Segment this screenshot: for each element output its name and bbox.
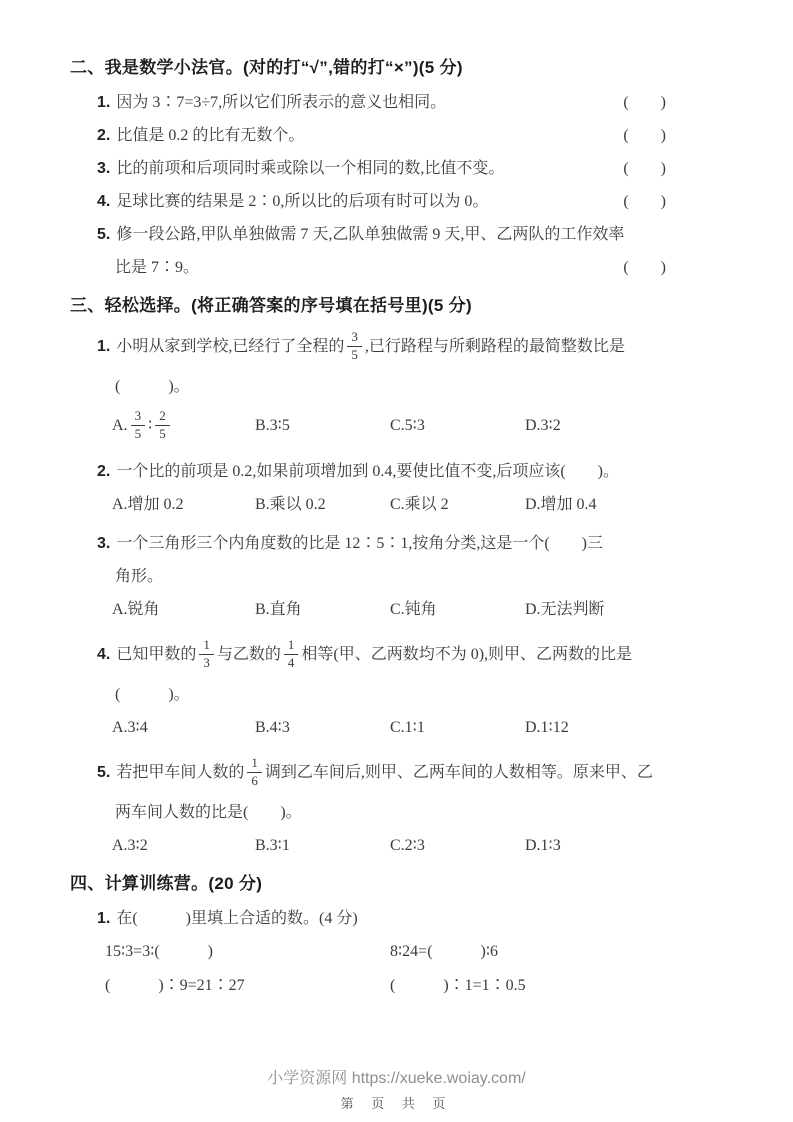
- tf-question-3: 3.比的前项和后项同时乘或除以一个相同的数,比值不变。 ( ): [70, 152, 692, 185]
- footer-site-url: 小学资源网 https://xueke.woiay.com/: [0, 1068, 793, 1090]
- option-d: D.无法判断: [525, 593, 692, 626]
- option-d: D.1∶3: [525, 829, 692, 862]
- worksheet-content: 二、我是数学小法官。(对的打“√”,错的打“×”)(5 分) 1.因为 3∶7=…: [70, 54, 692, 1011]
- option-a: A.3∶2: [112, 829, 255, 862]
- fraction-denominator: 5: [155, 426, 170, 442]
- question-text: 在( )里填上合适的数。(4 分): [116, 910, 357, 927]
- question-text: ,已行路程与所剩路程的最简整数比是: [365, 338, 625, 355]
- answer-bracket: ( ): [623, 86, 692, 119]
- fraction: 25: [155, 409, 170, 442]
- page-footer: 小学资源网 https://xueke.woiay.com/ 第 页 共 页: [0, 1068, 793, 1112]
- fraction-denominator: 5: [131, 426, 146, 442]
- option-b: B.3∶5: [255, 403, 390, 449]
- equation-3: ( )∶9=21∶27: [105, 969, 390, 1003]
- fraction: 14: [284, 638, 299, 671]
- fraction-numerator: 3: [347, 330, 362, 347]
- mc-question-4-answer-bracket: ( )。: [70, 678, 692, 711]
- tf-question-5-line2: 比是 7∶9。 ( ): [70, 251, 692, 284]
- question-text: 因为 3∶7=3÷7,所以它们所表示的意义也相同。: [116, 94, 446, 111]
- question-text: 比值是 0.2 的比有无数个。: [116, 127, 304, 144]
- mc-question-3-options: A.锐角 B.直角 C.钝角 D.无法判断: [70, 593, 692, 626]
- fraction: 35: [347, 330, 362, 363]
- worksheet-page: 二、我是数学小法官。(对的打“√”,错的打“×”)(5 分) 1.因为 3∶7=…: [0, 0, 793, 1122]
- fraction-denominator: 4: [284, 655, 299, 671]
- fraction: 16: [247, 756, 262, 789]
- option-d: D.3∶2: [525, 403, 692, 449]
- tf-question-5-text: 5.修一段公路,甲队单独做需 7 天,乙队单独做需 9 天,甲、乙两队的工作效率: [97, 218, 692, 251]
- question-number: 2.: [97, 463, 110, 480]
- mc-question-2-line1: 2.一个比的前项是 0.2,如果前项增加到 0.4,要使比值不变,后项应该( )…: [70, 455, 692, 488]
- fraction-numerator: 1: [284, 638, 299, 655]
- section-multiple-choice-heading: 三、轻松选择。(将正确答案的序号填在括号里)(5 分): [70, 292, 692, 319]
- question-number: 3.: [97, 535, 110, 552]
- mc-question-5: 5.若把甲车间人数的16调到乙车间后,则甲、乙两车间的人数相等。原来甲、乙 两车…: [70, 750, 692, 862]
- section-true-false: 二、我是数学小法官。(对的打“√”,错的打“×”)(5 分) 1.因为 3∶7=…: [70, 54, 692, 284]
- fraction-numerator: 1: [247, 756, 262, 773]
- fraction-numerator: 1: [199, 638, 214, 655]
- question-text: 调到乙车间后,则甲、乙两车间的人数相等。原来甲、乙: [265, 764, 653, 781]
- fraction-denominator: 3: [199, 655, 214, 671]
- tf-question-4-text: 4.足球比赛的结果是 2∶0,所以比的后项有时可以为 0。: [97, 185, 623, 218]
- equation-row-2: ( )∶9=21∶27 ( )∶1=1∶0.5: [70, 969, 692, 1003]
- question-text: 小明从家到学校,已经行了全程的: [116, 338, 344, 355]
- option-label: A.: [112, 417, 128, 434]
- question-number: 2.: [97, 127, 110, 144]
- tf-question-5-text-cont: 比是 7∶9。: [97, 251, 623, 284]
- question-number: 5.: [97, 764, 110, 781]
- question-number: 3.: [97, 160, 110, 177]
- calc-question-1: 1.在( )里填上合适的数。(4 分): [70, 902, 692, 935]
- question-number: 1.: [97, 910, 110, 927]
- question-text: 足球比赛的结果是 2∶0,所以比的后项有时可以为 0。: [116, 193, 488, 210]
- fraction-numerator: 2: [155, 409, 170, 426]
- mc-question-4-options: A.3∶4 B.4∶3 C.1∶1 D.1∶12: [70, 711, 692, 744]
- tf-question-1: 1.因为 3∶7=3÷7,所以它们所表示的意义也相同。 ( ): [70, 86, 692, 119]
- fraction: 35: [131, 409, 146, 442]
- mc-question-1-answer-bracket: ( )。: [70, 370, 692, 403]
- section-calculation-heading: 四、计算训练营。(20 分): [70, 870, 692, 897]
- option-d: D.1∶12: [525, 711, 692, 744]
- fraction: 13: [199, 638, 214, 671]
- question-number: 5.: [97, 226, 110, 243]
- section-calculation: 四、计算训练营。(20 分) 1.在( )里填上合适的数。(4 分) 15∶3=…: [70, 870, 692, 1003]
- mc-question-3: 3.一个三角形三个内角度数的比是 12∶5∶1,按角分类,这是一个( )三 角形…: [70, 527, 692, 626]
- answer-bracket: ( ): [623, 152, 692, 185]
- footer-page-number: 第 页 共 页: [0, 1093, 793, 1112]
- option-c: C.乘以 2: [390, 488, 525, 521]
- question-text: 相等(甲、乙两数均不为 0),则甲、乙两数的比是: [301, 646, 632, 663]
- tf-question-2: 2.比值是 0.2 的比有无数个。 ( ): [70, 119, 692, 152]
- mc-question-4: 4.已知甲数的13与乙数的14相等(甲、乙两数均不为 0),则甲、乙两数的比是 …: [70, 632, 692, 744]
- question-text: 若把甲车间人数的: [116, 764, 244, 781]
- option-b: B.4∶3: [255, 711, 390, 744]
- mc-question-3-line2: 角形。: [70, 560, 692, 593]
- option-b: B.乘以 0.2: [255, 488, 390, 521]
- question-text: 修一段公路,甲队单独做需 7 天,乙队单独做需 9 天,甲、乙两队的工作效率: [116, 226, 624, 243]
- section-true-false-heading: 二、我是数学小法官。(对的打“√”,错的打“×”)(5 分): [70, 54, 692, 81]
- option-c: C.钝角: [390, 593, 525, 626]
- fraction-denominator: 6: [247, 773, 262, 789]
- equation-2: 8∶24=( )∶6: [390, 935, 692, 969]
- tf-question-2-text: 2.比值是 0.2 的比有无数个。: [97, 119, 623, 152]
- option-d: D.增加 0.4: [525, 488, 692, 521]
- equation-row-1: 15∶3=3∶( ) 8∶24=( )∶6: [70, 935, 692, 969]
- option-b: B.3∶1: [255, 829, 390, 862]
- tf-question-1-text: 1.因为 3∶7=3÷7,所以它们所表示的意义也相同。: [97, 86, 623, 119]
- question-text: 一个三角形三个内角度数的比是 12∶5∶1,按角分类,这是一个( )三: [116, 535, 603, 552]
- answer-bracket: ( ): [623, 251, 692, 284]
- option-c: C.5∶3: [390, 403, 525, 449]
- option-a: A.35∶25: [112, 403, 255, 449]
- mc-question-1-line1: 1.小明从家到学校,已经行了全程的35,已行路程与所剩路程的最简整数比是: [70, 324, 692, 370]
- section-multiple-choice: 三、轻松选择。(将正确答案的序号填在括号里)(5 分) 1.小明从家到学校,已经…: [70, 292, 692, 862]
- option-a: A.锐角: [112, 593, 255, 626]
- mc-question-1: 1.小明从家到学校,已经行了全程的35,已行路程与所剩路程的最简整数比是 ( )…: [70, 324, 692, 449]
- mc-question-3-line1: 3.一个三角形三个内角度数的比是 12∶5∶1,按角分类,这是一个( )三: [70, 527, 692, 560]
- option-c: C.1∶1: [390, 711, 525, 744]
- tf-question-5-line1: 5.修一段公路,甲队单独做需 7 天,乙队单独做需 9 天,甲、乙两队的工作效率: [70, 218, 692, 251]
- equation-4: ( )∶1=1∶0.5: [390, 969, 692, 1003]
- question-number: 1.: [97, 338, 110, 355]
- tf-question-3-text: 3.比的前项和后项同时乘或除以一个相同的数,比值不变。: [97, 152, 623, 185]
- option-c: C.2∶3: [390, 829, 525, 862]
- mc-question-5-options: A.3∶2 B.3∶1 C.2∶3 D.1∶3: [70, 829, 692, 862]
- option-b: B.直角: [255, 593, 390, 626]
- fraction-numerator: 3: [131, 409, 146, 426]
- answer-bracket: ( ): [623, 185, 692, 218]
- mc-question-1-options: A.35∶25 B.3∶5 C.5∶3 D.3∶2: [70, 403, 692, 449]
- question-text: 已知甲数的: [116, 646, 196, 663]
- question-number: 4.: [97, 646, 110, 663]
- tf-question-4: 4.足球比赛的结果是 2∶0,所以比的后项有时可以为 0。 ( ): [70, 185, 692, 218]
- mc-question-5-line1: 5.若把甲车间人数的16调到乙车间后,则甲、乙两车间的人数相等。原来甲、乙: [70, 750, 692, 796]
- question-number: 4.: [97, 193, 110, 210]
- mc-question-5-line2: 两车间人数的比是( )。: [70, 796, 692, 829]
- equation-1: 15∶3=3∶( ): [105, 935, 390, 969]
- ratio-colon: ∶: [148, 417, 152, 434]
- option-a: A.增加 0.2: [112, 488, 255, 521]
- mc-question-2-options: A.增加 0.2 B.乘以 0.2 C.乘以 2 D.增加 0.4: [70, 488, 692, 521]
- question-text: 与乙数的: [217, 646, 281, 663]
- fraction-denominator: 5: [347, 347, 362, 363]
- answer-bracket: ( ): [623, 119, 692, 152]
- mc-question-2: 2.一个比的前项是 0.2,如果前项增加到 0.4,要使比值不变,后项应该( )…: [70, 455, 692, 521]
- option-a: A.3∶4: [112, 711, 255, 744]
- question-text: 比的前项和后项同时乘或除以一个相同的数,比值不变。: [116, 160, 504, 177]
- question-text: 一个比的前项是 0.2,如果前项增加到 0.4,要使比值不变,后项应该( )。: [116, 463, 619, 480]
- mc-question-4-line1: 4.已知甲数的13与乙数的14相等(甲、乙两数均不为 0),则甲、乙两数的比是: [70, 632, 692, 678]
- question-number: 1.: [97, 94, 110, 111]
